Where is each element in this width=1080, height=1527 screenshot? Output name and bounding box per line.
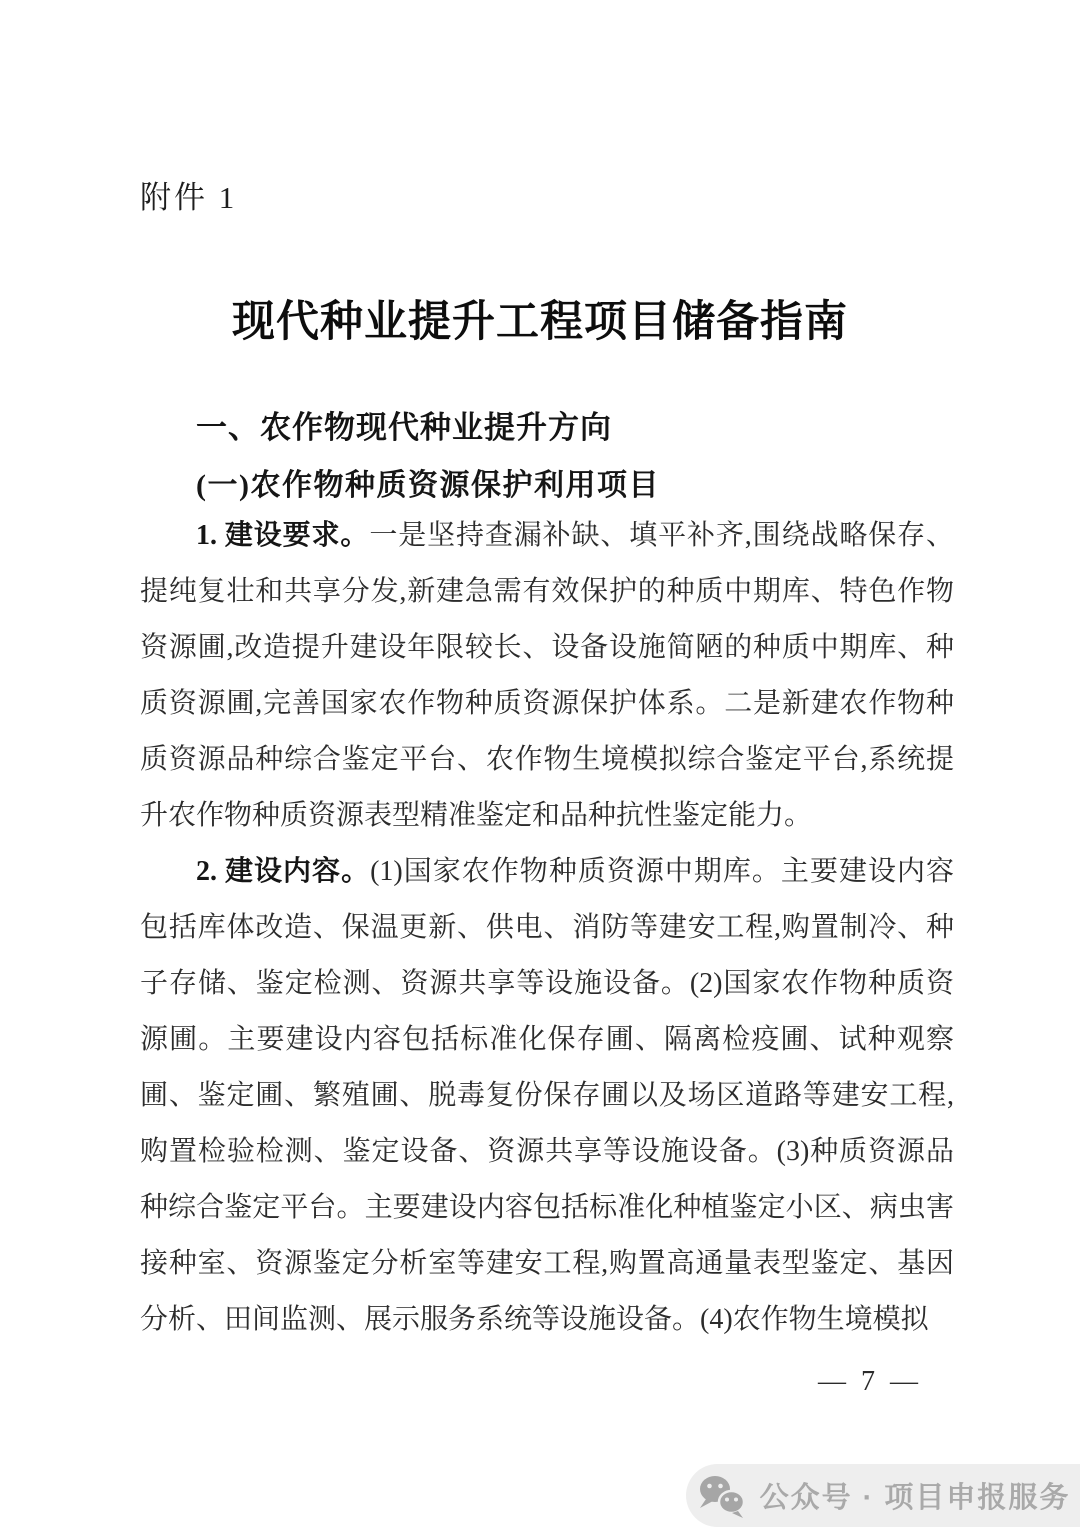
body-text: 1. 建设要求。一是坚持查漏补缺、填平补齐,围绕战略保存、提纯复壮和共享分发,新… <box>140 508 954 1348</box>
section-heading: 一、农作物现代种业提升方向 <box>196 402 612 447</box>
paragraph-construction-requirements: 1. 建设要求。一是坚持查漏补缺、填平补齐,围绕战略保存、提纯复壮和共享分发,新… <box>140 508 954 844</box>
document-page: 附件 1 现代种业提升工程项目储备指南 一、农作物现代种业提升方向 (一)农作物… <box>0 0 1080 1527</box>
wechat-account-label: 公众号 · 项目申报服务 <box>760 1475 1071 1516</box>
paragraph-body: 一是坚持查漏补缺、填平补齐,围绕战略保存、提纯复壮和共享分发,新建急需有效保护的… <box>140 520 954 831</box>
paragraph-lead: 2. 建设内容。 <box>196 856 370 887</box>
subsection-heading: (一)农作物种质资源保护利用项目 <box>196 460 660 504</box>
page-title: 现代种业提升工程项目储备指南 <box>0 288 1080 349</box>
wechat-watermark-badge: 公众号 · 项目申报服务 <box>686 1464 1080 1527</box>
paragraph-construction-content: 2. 建设内容。(1)国家农作物种质资源中期库。主要建设内容包括库体改造、保温更… <box>140 844 954 1348</box>
page-number: — 7 — <box>818 1366 922 1398</box>
paragraph-lead: 1. 建设要求。 <box>196 520 369 551</box>
paragraph-body: (1)国家农作物种质资源中期库。主要建设内容包括库体改造、保温更新、供电、消防等… <box>140 856 954 1335</box>
wechat-icon <box>696 1473 748 1519</box>
attachment-label: 附件 1 <box>140 172 237 217</box>
